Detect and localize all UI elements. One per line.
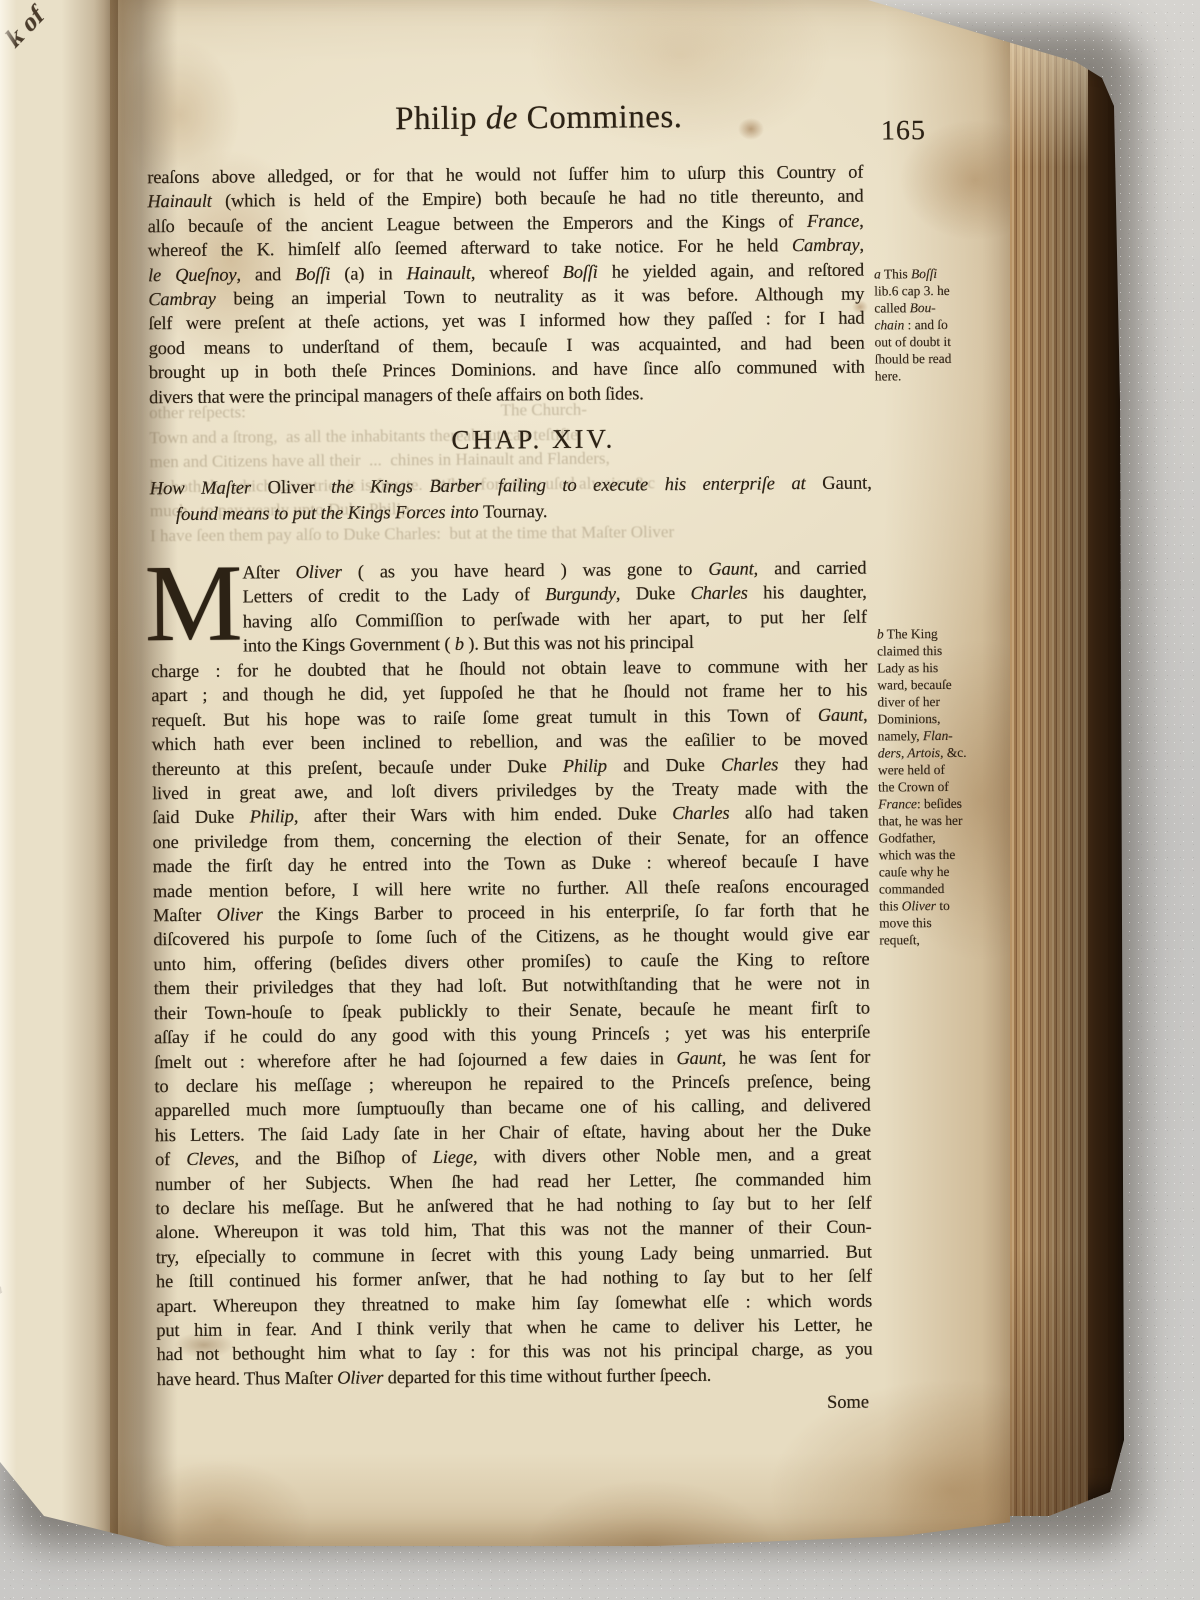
chapter-summary: How Maſter Oliver the Kings Barber faili…	[150, 471, 872, 528]
text-line: o certain who by my means	[0, 246, 118, 606]
text-line: had been brought up with	[0, 431, 118, 791]
photo-background: k of or learned of ſuch paines amendatio…	[0, 0, 1200, 1600]
text-line: ward, becauſe	[877, 676, 985, 694]
opening-paragraph: reaſons above alledged, or for that he w…	[147, 160, 865, 410]
text-line: e of him for that time. But	[0, 325, 118, 685]
text-line: Oliver's enterpriſe took effect,	[0, 167, 118, 527]
text-line: or learned of ſuch paines a	[0, 0, 118, 290]
text-line: were held of	[878, 761, 986, 779]
catchword: Some	[157, 1392, 873, 1419]
text-line: ſely after a jeſting manner	[0, 483, 118, 843]
facing-page: k of or learned of ſuch paines amendatio…	[0, 0, 118, 1556]
text-line: France: beſides	[878, 795, 986, 813]
text-line: of I adventured the	[0, 800, 118, 1160]
text-line: alwaies truly my ſelf. The	[0, 9, 118, 369]
text-line: s, either becauſe of th	[0, 1142, 118, 1502]
text-line: have heard. Thus Maſter Oliver departed …	[157, 1361, 873, 1391]
text-line: this Oliver to	[879, 897, 987, 915]
text-line: Godfather,	[878, 829, 986, 847]
text-line: out of doubt it	[875, 333, 983, 351]
text-line: reby to inrich himſelf : the	[0, 1037, 118, 1397]
page-number: 165	[881, 115, 926, 147]
text-line: yea oftentimes I have long	[0, 0, 118, 343]
text-line: claimed this	[877, 642, 985, 660]
text-line: requeſt,	[879, 931, 987, 949]
text-line: feed his humour, and had a	[0, 457, 118, 817]
text-line	[0, 62, 118, 396]
text-line: ere ſuch as he had need	[0, 852, 118, 1212]
text-line: How and the Frontiers of Bur	[0, 141, 118, 501]
margin-note-b: b The Kingclaimed thisLady as hisward, b…	[877, 625, 988, 949]
text-line: Lady as his	[877, 659, 985, 677]
text-line: chain : and ſo	[874, 316, 982, 334]
text-line: ry into the Town, for it wa	[0, 88, 118, 448]
text-line: ds was to yield unto th	[0, 773, 118, 1133]
text-line: b The King	[877, 625, 985, 643]
text-line: namely, Flan-	[878, 727, 986, 745]
text-line: having alſo Commiſſion to perſwade with …	[243, 604, 867, 633]
facing-page-text-fragments: or learned of ſuch paines amendation. Fo…	[0, 0, 118, 1503]
text-line: ders, Artois, &c.	[878, 744, 986, 762]
text-line: h he may inrich thoſe th	[0, 536, 118, 896]
text-line: e the ſaid de Lude and he	[0, 984, 118, 1344]
chapter-heading: CHAP. XIV.	[175, 421, 891, 458]
text-line: mendation. For a Prince a	[0, 0, 118, 317]
text-line: auſe all the Country of Artois	[0, 194, 118, 554]
text-line: move this	[879, 914, 987, 932]
text-line: omiſed in his name Perſo	[0, 273, 118, 633]
main-paragraph: charge : for he doubted that he ſhould n…	[151, 654, 873, 1392]
text-line: commanded	[879, 880, 987, 898]
text-line: Dominions,	[878, 710, 986, 728]
text-line	[0, 668, 118, 1002]
text-line: been, have care and haue, a	[0, 35, 118, 395]
drop-cap: M	[144, 553, 241, 654]
text-line: landers, and to make th	[0, 563, 118, 923]
text-line: that, he was her	[878, 812, 986, 830]
margin-note-a: a This Boſſilib.6 cap 3. hecalled Bou-ch…	[874, 265, 983, 385]
text-line: r paſt half an hour before	[0, 668, 118, 1028]
text-line: anner he drew me aſide, an	[0, 114, 118, 474]
text-line: d Knight and I are kinſmen	[0, 721, 118, 1081]
text-line: e forth into great laughter	[0, 589, 118, 949]
text-line: diver of her	[877, 693, 985, 711]
right-page: other reſpects: The Church-Town and a ſt…	[110, 0, 1010, 1546]
text-line: im, nor thoſe of whom he	[0, 747, 118, 1107]
text-line: the Crown of	[878, 778, 986, 796]
text-line: of me in writing, and per	[0, 299, 118, 659]
text-line: me, whom the King for ce	[0, 352, 118, 712]
text-line: much given to his own p	[0, 378, 118, 738]
text-line: here.	[875, 367, 983, 385]
text-line: lib.6 cap 3. he	[874, 282, 982, 300]
text-line: man : ſo was he alſo ve	[0, 404, 118, 764]
text-line: burned ; and that do not rea	[0, 220, 118, 580]
text-line: l with the ſaid Knight a	[0, 826, 118, 1186]
text-line: eeded of the King. Mine	[0, 615, 118, 975]
text-line: cauſe why he	[879, 863, 987, 881]
page-content: other reſpects: The Church-Town and a ſt…	[104, 0, 1016, 1550]
facing-page-header-fragment: k of	[2, 0, 49, 55]
text-line: he Town would give him m	[0, 1063, 118, 1423]
text-line: this Village near to Peronne,	[0, 62, 118, 422]
text-line: which was the	[879, 846, 987, 864]
text-line: a This Boſſi	[874, 265, 982, 283]
text-line: n) this ſervice. But ge	[0, 1116, 118, 1476]
book: k of or learned of ſuch paines amendatio…	[0, 0, 1200, 1600]
text-line: this Knight was come ou	[0, 1011, 118, 1371]
text-line: or never ; ſeeing the gra	[0, 510, 118, 870]
text-line: night be ſuch, and that I	[0, 642, 118, 1002]
running-header: Philip de Commines.	[181, 97, 897, 140]
text-line: de's words, and departed	[0, 958, 118, 1318]
text-line: o commune with the ſame	[0, 931, 118, 1291]
text-line: at leaſt he would have	[0, 1090, 118, 1450]
text-line: d without them. Again	[0, 905, 118, 1265]
text-line: hom I perſwaded by Lew	[0, 694, 118, 1054]
text-line: ſhould be read	[875, 350, 983, 368]
text-line: d their offer ſeemed unto	[0, 879, 118, 1239]
text-line: called Bou-	[874, 299, 982, 317]
main-paragraph-indented: Aſter Oliver ( as you have heard ) was g…	[242, 556, 867, 659]
